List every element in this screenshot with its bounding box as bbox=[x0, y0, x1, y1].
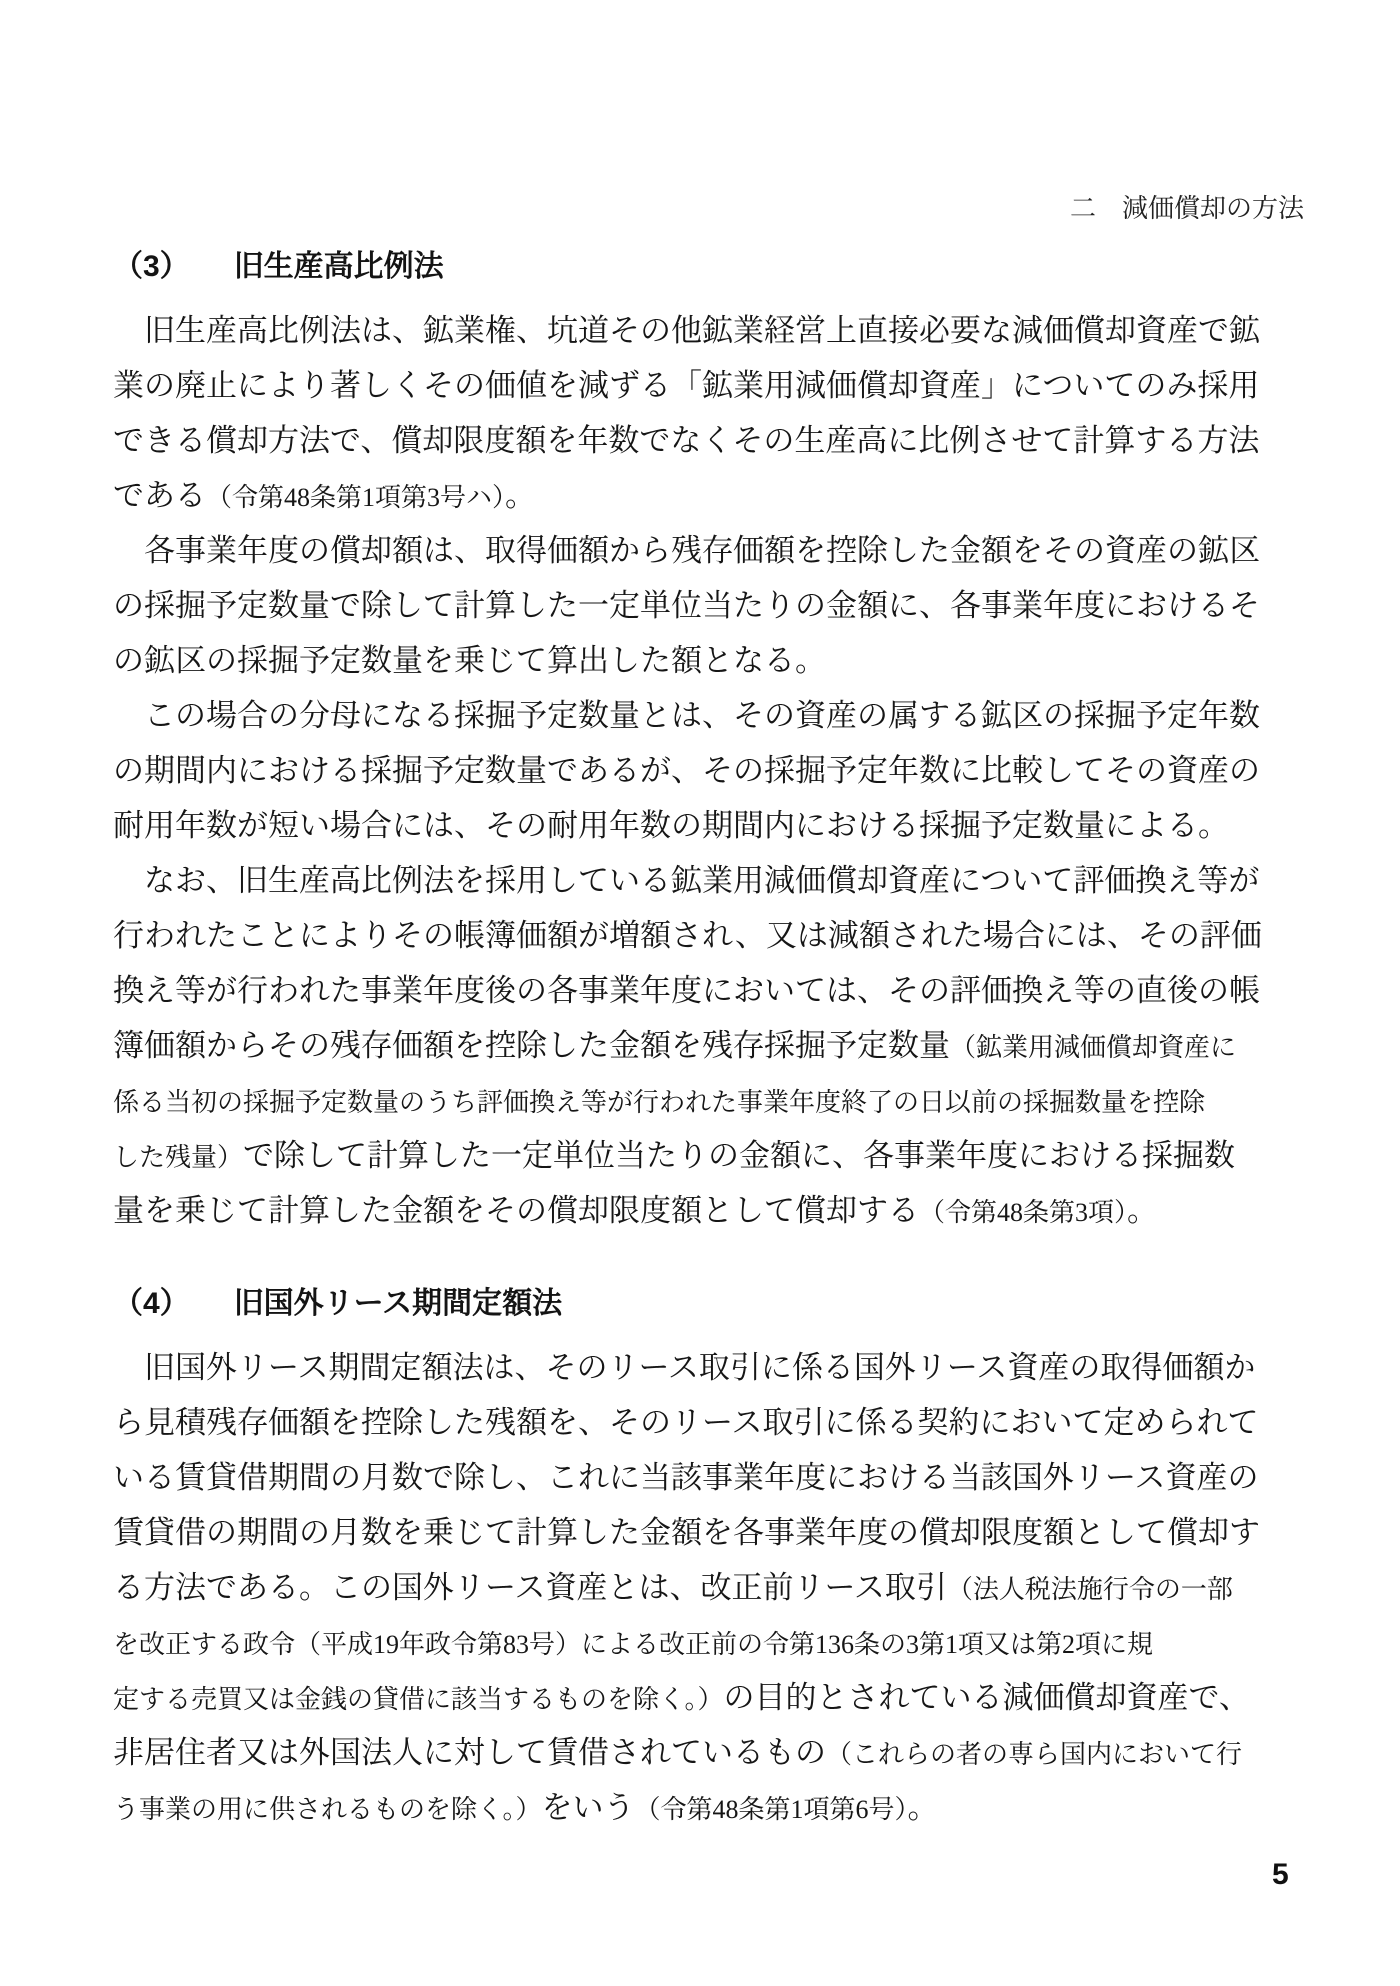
section-number: （4） bbox=[113, 1287, 190, 1320]
text-segment: できる償却方法で、償却限度額を年数でなくその生産高に比例させて計算する方法 bbox=[113, 423, 1259, 458]
text-segment: の目的とされている減価償却資産で、 bbox=[723, 1680, 1249, 1715]
text-line: 量を乗じて計算した金額をその償却限度額として償却する（令第48条第3項）。 bbox=[113, 1183, 1299, 1238]
text-line: この場合の分母になる採掘予定数量とは、その資産の属する鉱区の採掘予定年数 bbox=[113, 688, 1299, 743]
text-line: 旧国外リース期間定額法は、そのリース取引に係る国外リース資産の取得価額か bbox=[113, 1340, 1299, 1395]
text-line: 定する売買又は金銭の貸借に該当するものを除く。）の目的とされている減価償却資産で… bbox=[113, 1670, 1299, 1725]
text-line: の鉱区の採掘予定数量を乗じて算出した額となる。 bbox=[113, 633, 1299, 688]
text-segment: をいう bbox=[541, 1790, 634, 1825]
text-segment: （令第48条第3項） bbox=[919, 1198, 1127, 1227]
text-segment: 非居住者又は外国法人に対して賃借されているもの bbox=[113, 1735, 826, 1770]
text-segment: 行われたことによりその帳簿価額が増額され、又は減額された場合には、その評価 bbox=[113, 918, 1262, 953]
text-segment: の鉱区の採掘予定数量を乗じて算出した額となる。 bbox=[113, 643, 826, 678]
section-number: （3） bbox=[113, 250, 190, 283]
section: （4）旧国外リース期間定額法旧国外リース期間定額法は、そのリース取引に係る国外リ… bbox=[113, 1282, 1299, 1835]
text-segment: （令第48条第1項第6号） bbox=[634, 1795, 907, 1824]
text-segment: いる賃貸借期間の月数で除し、これに当該事業年度における当該国外リース資産の bbox=[113, 1460, 1258, 1495]
text-segment: 賃貸借の期間の月数を乗じて計算した金額を各事業年度の償却限度額として償却す bbox=[113, 1515, 1260, 1550]
text-line: できる償却方法で、償却限度額を年数でなくその生産高に比例させて計算する方法 bbox=[113, 413, 1299, 468]
text-line: う事業の用に供されるものを除く。）をいう（令第48条第1項第6号）。 bbox=[113, 1780, 1299, 1835]
paragraph: この場合の分母になる採掘予定数量とは、その資産の属する鉱区の採掘予定年数の期間内… bbox=[113, 688, 1299, 853]
text-segment: ら見積残存価額を控除した残額を、そのリース取引に係る契約において定められて bbox=[113, 1405, 1258, 1440]
text-line: 係る当初の採掘予定数量のうち評価換え等が行われた事業年度終了の日以前の採掘数量を… bbox=[113, 1073, 1299, 1128]
text-segment: 旧生産高比例法は、鉱業権、坑道その他鉱業経営上直接必要な減価償却資産で鉱 bbox=[144, 313, 1260, 348]
text-segment: なお、旧生産高比例法を採用している鉱業用減価償却資産について評価換え等が bbox=[144, 863, 1259, 898]
paragraph: 各事業年度の償却額は、取得価額から残存価額を控除した金額をその資産の鉱区の採掘予… bbox=[113, 523, 1299, 688]
section-title: 旧国外リース期間定額法 bbox=[234, 1287, 563, 1320]
text-line: 業の廃止により著しくその価値を減ずる「鉱業用減価償却資産」についてのみ採用 bbox=[113, 358, 1299, 413]
text-line: ら見積残存価額を控除した残額を、そのリース取引に係る契約において定められて bbox=[113, 1395, 1299, 1450]
text-segment: 。 bbox=[505, 478, 536, 513]
text-line: なお、旧生産高比例法を採用している鉱業用減価償却資産について評価換え等が bbox=[113, 853, 1299, 908]
text-segment: で除して計算した一定単位当たりの金額に、各事業年度における採掘数 bbox=[243, 1138, 1235, 1173]
text-line: した残量）で除して計算した一定単位当たりの金額に、各事業年度における採掘数 bbox=[113, 1128, 1299, 1183]
text-line: いる賃貸借期間の月数で除し、これに当該事業年度における当該国外リース資産の bbox=[113, 1450, 1299, 1505]
text-segment: 業の廃止により著しくその価値を減ずる「鉱業用減価償却資産」についてのみ採用 bbox=[113, 368, 1259, 403]
text-segment: この場合の分母になる採掘予定数量とは、その資産の属する鉱区の採掘予定年数 bbox=[144, 698, 1260, 733]
text-segment: 。 bbox=[908, 1790, 939, 1825]
section-heading: （4）旧国外リース期間定額法 bbox=[113, 1282, 1299, 1340]
page-number: 5 bbox=[1272, 1858, 1289, 1892]
text-line: る方法である。この国外リース資産とは、改正前リース取引（法人税法施行令の一部 bbox=[113, 1560, 1299, 1615]
text-segment: 簿価額からその残存価額を控除した金額を残存採掘予定数量 bbox=[113, 1028, 950, 1063]
document-content: （3）旧生産高比例法旧生産高比例法は、鉱業権、坑道その他鉱業経営上直接必要な減価… bbox=[113, 245, 1299, 1835]
text-line: を改正する政令（平成19年政令第83号）による改正前の令第136条の3第1項又は… bbox=[113, 1615, 1299, 1670]
text-segment: う事業の用に供されるものを除く。） bbox=[113, 1795, 541, 1824]
section-heading: （3）旧生産高比例法 bbox=[113, 245, 1299, 303]
text-line: の採掘予定数量で除して計算した一定単位当たりの金額に、各事業年度におけるそ bbox=[113, 578, 1299, 633]
text-segment: 定する売買又は金銭の貸借に該当するものを除く。） bbox=[113, 1685, 723, 1714]
section-title: 旧生産高比例法 bbox=[234, 250, 444, 283]
text-line: 賃貸借の期間の月数を乗じて計算した金額を各事業年度の償却限度額として償却す bbox=[113, 1505, 1299, 1560]
text-line: 旧生産高比例法は、鉱業権、坑道その他鉱業経営上直接必要な減価償却資産で鉱 bbox=[113, 303, 1299, 358]
paragraph: 旧生産高比例法は、鉱業権、坑道その他鉱業経営上直接必要な減価償却資産で鉱業の廃止… bbox=[113, 303, 1299, 523]
text-segment: 。 bbox=[1127, 1193, 1158, 1228]
section: （3）旧生産高比例法旧生産高比例法は、鉱業権、坑道その他鉱業経営上直接必要な減価… bbox=[113, 245, 1299, 1238]
text-line: 換え等が行われた事業年度後の各事業年度においては、その評価換え等の直後の帳 bbox=[113, 963, 1299, 1018]
text-segment: 耐用年数が短い場合には、その耐用年数の期間内における採掘予定数量による。 bbox=[113, 808, 1229, 843]
running-header: 二 減価償却の方法 bbox=[1070, 188, 1304, 225]
text-segment: の期間内における採掘予定数量であるが、その採掘予定年数に比較してその資産の bbox=[113, 753, 1260, 788]
text-line: である（令第48条第1項第3号ハ）。 bbox=[113, 468, 1299, 523]
text-segment: （令第48条第1項第3号ハ） bbox=[206, 483, 505, 512]
paragraph: なお、旧生産高比例法を採用している鉱業用減価償却資産について評価換え等が行われた… bbox=[113, 853, 1299, 1238]
text-line: 各事業年度の償却額は、取得価額から残存価額を控除した金額をその資産の鉱区 bbox=[113, 523, 1299, 578]
text-segment: を改正する政令（平成19年政令第83号）による改正前の令第136条の3第1項又は… bbox=[113, 1630, 1153, 1659]
text-segment: （法人税法施行令の一部 bbox=[947, 1575, 1233, 1604]
text-line: 行われたことによりその帳簿価額が増額され、又は減額された場合には、その評価 bbox=[113, 908, 1299, 963]
text-segment: の採掘予定数量で除して計算した一定単位当たりの金額に、各事業年度におけるそ bbox=[113, 588, 1260, 623]
text-line: 非居住者又は外国法人に対して賃借されているもの（これらの者の専ら国内において行 bbox=[113, 1725, 1299, 1780]
text-segment: である bbox=[113, 478, 206, 513]
text-segment: 係る当初の採掘予定数量のうち評価換え等が行われた事業年度終了の日以前の採掘数量を… bbox=[113, 1088, 1205, 1117]
text-segment: 換え等が行われた事業年度後の各事業年度においては、その評価換え等の直後の帳 bbox=[113, 973, 1260, 1008]
paragraph: 旧国外リース期間定額法は、そのリース取引に係る国外リース資産の取得価額から見積残… bbox=[113, 1340, 1299, 1835]
text-line: 耐用年数が短い場合には、その耐用年数の期間内における採掘予定数量による。 bbox=[113, 798, 1299, 853]
text-segment: （これらの者の専ら国内において行 bbox=[826, 1740, 1242, 1769]
text-segment: 旧国外リース期間定額法は、そのリース取引に係る国外リース資産の取得価額か bbox=[144, 1350, 1255, 1385]
text-line: の期間内における採掘予定数量であるが、その採掘予定年数に比較してその資産の bbox=[113, 743, 1299, 798]
book-page: 二 減価償却の方法 （3）旧生産高比例法旧生産高比例法は、鉱業権、坑道その他鉱業… bbox=[0, 0, 1400, 1986]
text-segment: 量を乗じて計算した金額をその償却限度額として償却する bbox=[113, 1193, 919, 1228]
text-segment: した残量） bbox=[113, 1143, 243, 1172]
text-segment: る方法である。この国外リース資産とは、改正前リース取引 bbox=[113, 1570, 947, 1605]
text-segment: （鉱業用減価償却資産に bbox=[950, 1033, 1236, 1062]
text-line: 簿価額からその残存価額を控除した金額を残存採掘予定数量（鉱業用減価償却資産に bbox=[113, 1018, 1299, 1073]
text-segment: 各事業年度の償却額は、取得価額から残存価額を控除した金額をその資産の鉱区 bbox=[144, 533, 1260, 568]
